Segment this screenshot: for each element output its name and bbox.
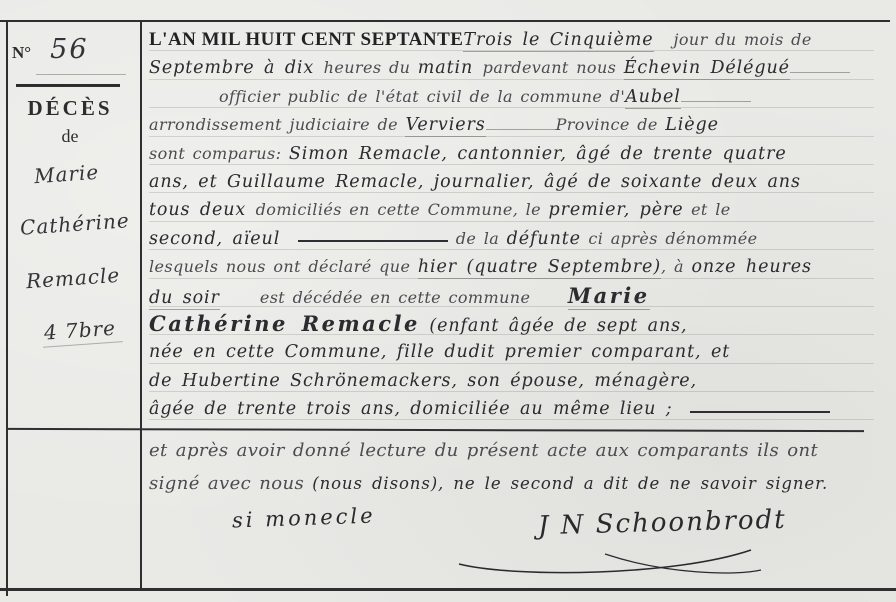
handwritten-text: défunte	[507, 229, 581, 249]
handwritten-text: Septembre à dix	[149, 58, 324, 78]
margin-title: DÉCÈS	[8, 96, 132, 121]
signature-officer: J N Schoonbrodt	[538, 505, 787, 542]
handwritten-name: Marie	[568, 283, 650, 310]
margin-rule	[16, 84, 120, 87]
blank-gap	[486, 128, 556, 130]
handwritten-text: premier, père	[549, 200, 684, 220]
preprinted-script-text: et le	[684, 200, 731, 219]
closing-lines: et après avoir donné lecture du présent …	[149, 434, 888, 500]
filler-dash	[298, 240, 448, 242]
handwritten-text: du soir	[149, 288, 220, 310]
printed-heading: L'AN MIL HUIT CENT SEPTANTE	[149, 29, 463, 50]
handwritten-text: (nous disons), ne le second a dit de ne …	[312, 474, 828, 493]
preprinted-script-text: est décédée en cette commune	[260, 288, 538, 307]
handwritten-text: Trois le Cinquième	[463, 30, 653, 52]
handwritten-name: Cathérine Remacle	[149, 311, 420, 336]
text-line: L'AN MIL HUIT CENT SEPTANTETrois le Cinq…	[149, 26, 888, 54]
preprinted-script-text: ci après dénommée	[581, 229, 758, 248]
preprinted-script-text: heures du	[324, 58, 418, 77]
margin-date-line: 4 7bre	[41, 315, 123, 348]
text-line: tous deux domiciliés en cette Commune, l…	[149, 196, 888, 224]
text-line: second, aïeul de la défunte ci après dén…	[149, 225, 888, 253]
preprinted-script-text: pardevant nous	[483, 58, 624, 77]
preprinted-script-text: jour du mois de	[674, 30, 812, 49]
handwritten-text: née en cette Commune, fille dudit premie…	[149, 342, 730, 362]
text-line: arrondissement judiciaire de VerviersPro…	[149, 111, 888, 139]
preprinted-script-text: sont comparus:	[149, 144, 289, 163]
record-number-value: 56	[50, 34, 88, 65]
preprinted-script-text: de la	[456, 229, 507, 248]
text-line: Cathérine Remacle (enfant âgée de sept a…	[149, 310, 888, 338]
text-line: officier public de l'état civil de la co…	[149, 83, 888, 111]
handwritten-text: Échevin Délégué	[624, 58, 790, 80]
margin-name-line: Marie	[33, 160, 100, 188]
signature-declarant: si monecle	[232, 504, 376, 533]
handwritten-text: Aubel	[625, 87, 681, 109]
preprinted-script-text: arrondissement judiciaire de	[149, 115, 405, 134]
text-line: et après avoir donné lecture du présent …	[149, 434, 888, 467]
margin-name-line: Cathérine	[19, 208, 130, 240]
scanned-death-record: N° 56 DÉCÈS de Marie Cathérine Remacle 4…	[0, 0, 896, 602]
text-line: de Hubertine Schrönemackers, son épouse,…	[149, 367, 888, 395]
body-lines: L'AN MIL HUIT CENT SEPTANTETrois le Cinq…	[141, 22, 888, 423]
record-number: N° 56	[12, 34, 89, 65]
margin-of-label: de	[8, 126, 132, 147]
preprinted-script-text: officier public de l'état civil de la co…	[219, 87, 625, 106]
preprinted-script-text: lesquels nous ont déclaré que	[149, 257, 418, 276]
preprinted-script-text: , à	[661, 257, 691, 276]
handwritten-text: hier (quatre Septembre)	[418, 257, 661, 279]
bottom-rule	[0, 588, 896, 591]
record-number-label: N°	[12, 43, 31, 62]
handwritten-text: Liège	[665, 115, 719, 135]
handwritten-text: (enfant âgée de sept ans,	[420, 316, 688, 336]
text-line: signé avec nous (nous disons), ne le sec…	[149, 467, 888, 500]
handwritten-text: de Hubertine Schrönemackers, son épouse,…	[149, 371, 697, 391]
preprinted-script-text: Province de	[556, 115, 666, 134]
preprinted-script-text: domiciliés en cette Commune, le	[256, 200, 549, 219]
filler-dash	[690, 411, 830, 413]
text-line: ans, et Guillaume Remacle, journalier, â…	[149, 168, 888, 196]
blank-gap	[681, 100, 751, 102]
handwritten-text: âgée de trente trois ans, domiciliée au …	[149, 399, 682, 419]
record-number-underline	[36, 74, 126, 75]
handwritten-text: ans, et Guillaume Remacle, journalier, â…	[149, 172, 801, 192]
text-line: Septembre à dix heures du matin pardevan…	[149, 54, 888, 82]
margin-name-line: Remacle	[25, 263, 121, 294]
handwritten-text: Simon Remacle, cantonnier, âgé de trente…	[289, 144, 787, 164]
handwritten-text: onze heures	[691, 257, 811, 277]
blank-gap	[790, 71, 850, 73]
handwritten-text: matin	[418, 58, 483, 78]
text-line: du soirest décédée en cette commune Mari…	[149, 282, 888, 310]
text-line: âgée de trente trois ans, domiciliée au …	[149, 395, 888, 423]
signature-flourish	[455, 540, 765, 582]
handwritten-text: tous deux	[149, 200, 256, 220]
preprinted-script-text: et après avoir donné lecture du présent …	[149, 440, 818, 461]
text-line: née en cette Commune, fille dudit premie…	[149, 338, 888, 366]
handwritten-text: second, aïeul	[149, 229, 290, 249]
text-line: sont comparus: Simon Remacle, cantonnier…	[149, 140, 888, 168]
preprinted-script-text: signé avec nous	[149, 473, 312, 494]
handwritten-text: Verviers	[405, 115, 485, 137]
margin-column: N° 56 DÉCÈS de Marie Cathérine Remacle 4…	[8, 22, 140, 588]
text-line: lesquels nous ont déclaré que hier (quat…	[149, 253, 888, 281]
